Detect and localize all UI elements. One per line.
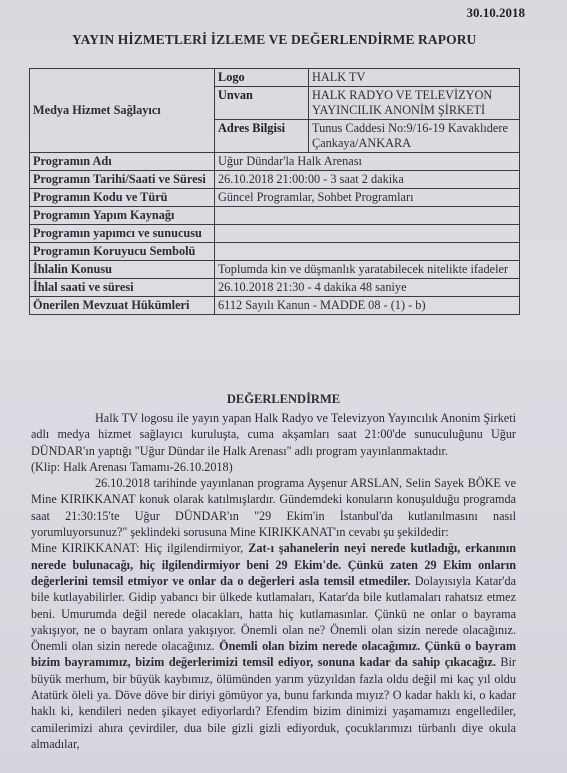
quote-segment: Bir büyük merhum, bir büyük kaybımız, öl…: [31, 655, 516, 750]
table-row: Önerilen Mevzuat Hükümleri 6112 Sayılı K…: [30, 297, 520, 315]
protective-symbol-value: [215, 243, 520, 261]
address-label: Adres Bilgisi: [215, 120, 309, 153]
report-info-table: Medya Hizmet Sağlayıcı Logo HALK TV Unva…: [29, 68, 520, 315]
producer-host-label: Programın yapımcı ve sunucusu: [30, 225, 215, 243]
title-value: HALK RADYO VE TELEVİZYON YAYINCILIK ANON…: [309, 87, 520, 120]
table-row: Programın yapımcı ve sunucusu: [30, 225, 520, 243]
production-source-label: Programın Yapım Kaynağı: [30, 207, 215, 225]
program-date-value: 26.10.2018 21:00:00 - 3 saat 2 dakika: [215, 171, 520, 189]
program-date-label: Programın Tarihi/Saati ve Süresi: [30, 171, 215, 189]
program-name-label: Programın Adı: [30, 153, 215, 171]
production-source-value: [215, 207, 520, 225]
violation-time-value: 26.10.2018 21:30 - 4 dakika 48 saniye: [215, 279, 520, 297]
report-date: 30.10.2018: [467, 5, 526, 21]
table-row: Programın Koruyucu Sembolü: [30, 243, 520, 261]
program-type-label: Programın Kodu ve Türü: [30, 189, 215, 207]
clip-reference: (Klip: Halk Arenası Tamamı-26.10.2018): [31, 459, 516, 475]
table-row: Programın Yapım Kaynağı: [30, 207, 520, 225]
program-name-value: Uğur Dündar'la Halk Arenası: [215, 153, 520, 171]
protective-symbol-label: Programın Koruyucu Sembolü: [30, 243, 215, 261]
evaluation-body: Halk TV logosu ile yayın yapan Halk Rady…: [31, 410, 516, 752]
table-row: Medya Hizmet Sağlayıcı Logo HALK TV: [30, 69, 520, 87]
address-value: Tunus Caddesi No:9/16-19 Kavaklıdere Çan…: [309, 120, 520, 153]
title-label: Unvan: [215, 87, 309, 120]
table-row: Programın Adı Uğur Dündar'la Halk Arenas…: [30, 153, 520, 171]
evaluation-paragraph-2: 26.10.2018 tarihinde yayınlanan programa…: [31, 475, 516, 540]
legislation-value: 6112 Sayılı Kanun - MADDE 08 - (1) - b): [215, 297, 520, 315]
evaluation-paragraph-1: Halk TV logosu ile yayın yapan Halk Rady…: [31, 410, 516, 459]
logo-label: Logo: [215, 69, 309, 87]
evaluation-heading: DEĞERLENDİRME: [0, 392, 567, 407]
table-row: Programın Tarihi/Saati ve Süresi 26.10.2…: [30, 171, 520, 189]
violation-time-label: İhlal saati ve süresi: [30, 279, 215, 297]
producer-host-value: [215, 225, 520, 243]
quote-paragraph: Mine KIRIKKANAT: Hiç ilgilendirmiyor, Za…: [31, 540, 516, 752]
quote-segment: Mine KIRIKKANAT: Hiç ilgilendirmiyor,: [31, 541, 248, 555]
report-title: YAYIN HİZMETLERİ İZLEME VE DEĞERLENDİRME…: [72, 32, 476, 48]
table-row: Programın Kodu ve Türü Güncel Programlar…: [30, 189, 520, 207]
logo-value: HALK TV: [309, 69, 520, 87]
violation-subject-label: İhlalin Konusu: [30, 261, 215, 279]
legislation-label: Önerilen Mevzuat Hükümleri: [30, 297, 215, 315]
table-row: İhlalin Konusu Toplumda kin ve düşmanlık…: [30, 261, 520, 279]
program-type-value: Güncel Programlar, Sohbet Programları: [215, 189, 520, 207]
provider-label: Medya Hizmet Sağlayıcı: [30, 69, 215, 153]
violation-subject-value: Toplumda kin ve düşmanlık yaratabilecek …: [215, 261, 520, 279]
table-row: İhlal saati ve süresi 26.10.2018 21:30 -…: [30, 279, 520, 297]
